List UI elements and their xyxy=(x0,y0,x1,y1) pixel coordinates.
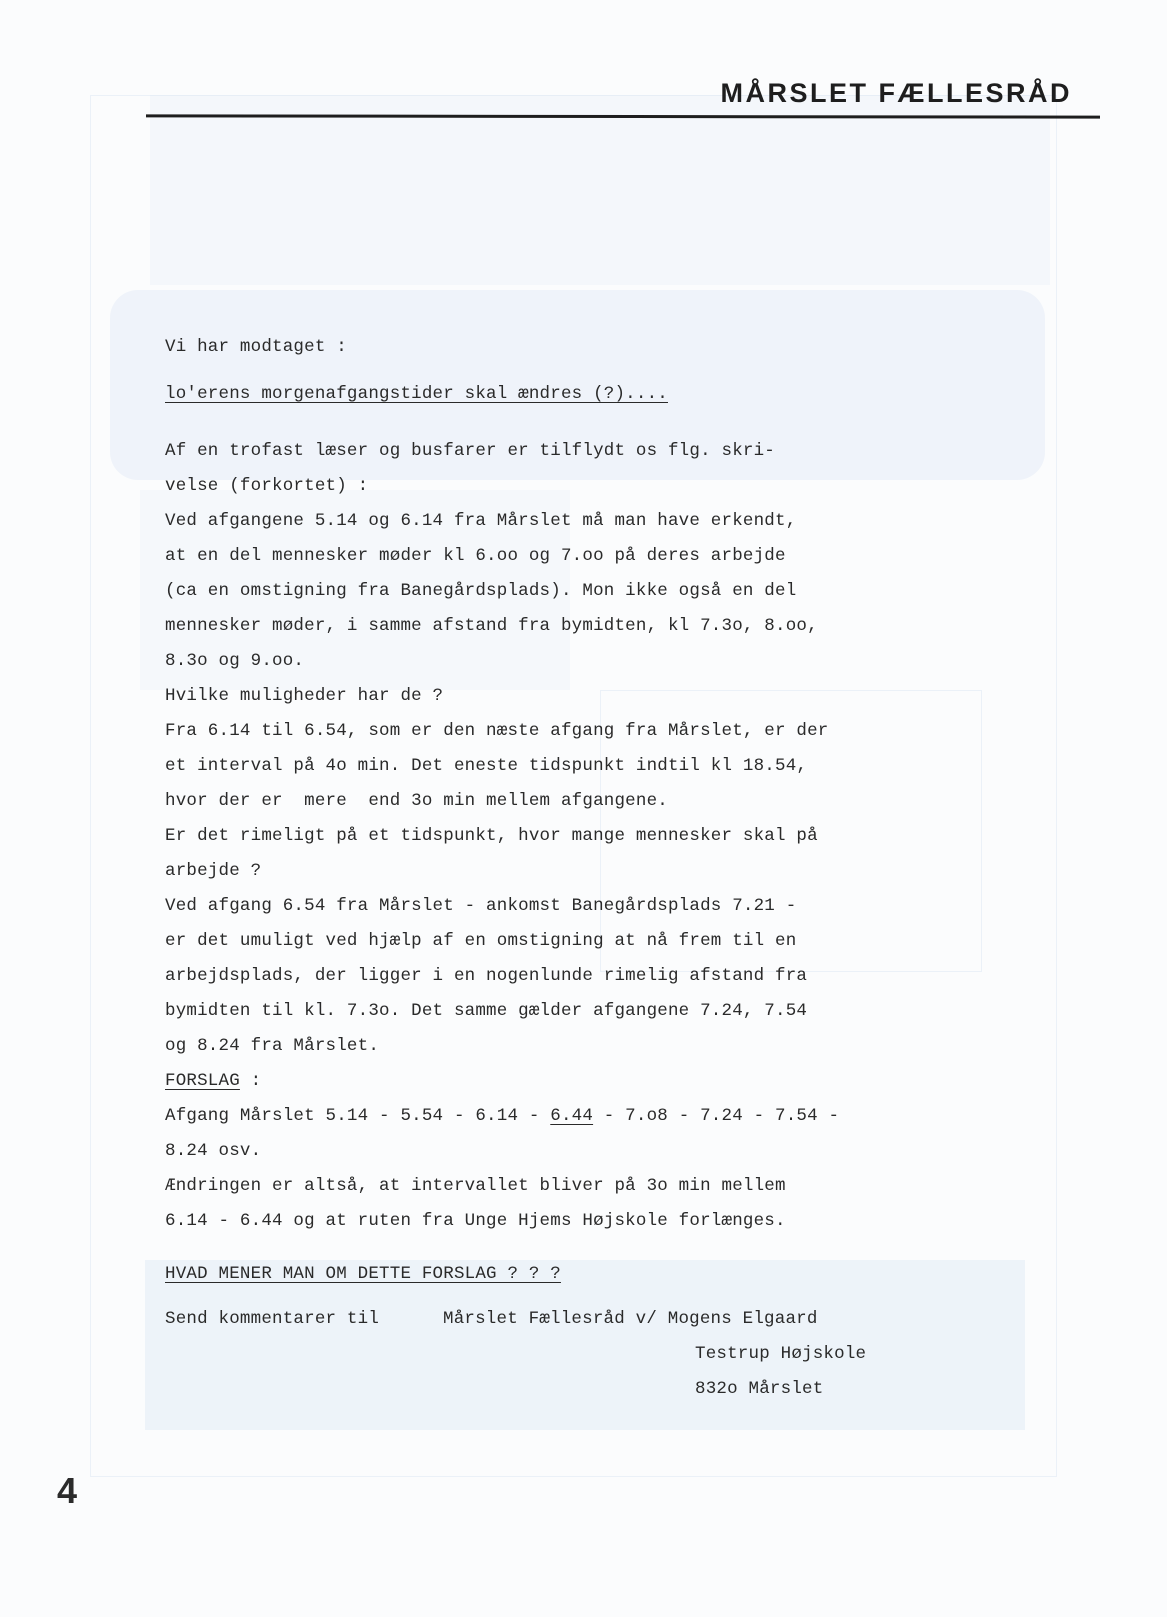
paragraph-line: arbejdsplads, der ligger i en nogenlunde… xyxy=(165,959,945,994)
paragraph-line: hvor der er mere end 3o min mellem afgan… xyxy=(165,784,945,819)
recipient-line-2: Testrup Højskole xyxy=(165,1337,945,1372)
paragraph-line: at en del mennesker møder kl 6.oo og 7.o… xyxy=(165,539,945,574)
paragraph-line: (ca en omstigning fra Banegårdsplads). M… xyxy=(165,574,945,609)
spacer xyxy=(165,1239,945,1257)
paragraph-line: Af en trofast læser og busfarer er tilfl… xyxy=(165,434,945,469)
article-headline: lo'erens morgenafgangstider skal ændres … xyxy=(165,377,945,412)
recipient-line-3: 832o Mårslet xyxy=(165,1372,945,1407)
paragraph-line: velse (forkortet) : xyxy=(165,469,945,504)
paragraph-line: bymidten til kl. 7.3o. Det samme gælder … xyxy=(165,994,945,1029)
paragraph-line: Er det rimeligt på et tidspunkt, hvor ma… xyxy=(165,819,945,854)
paragraph-line: Ved afgang 6.54 fra Mårslet - ankomst Ba… xyxy=(165,889,945,924)
paragraph-line: mennesker møder, i samme afstand fra bym… xyxy=(165,609,945,644)
send-label: Send kommentarer til xyxy=(165,1302,443,1337)
article-paragraph: Af en trofast læser og busfarer er tilfl… xyxy=(165,434,945,1064)
page-number: 4 xyxy=(57,1470,77,1512)
paragraph-line: Ved afgangene 5.14 og 6.14 fra Mårslet m… xyxy=(165,504,945,539)
proposal-label-suffix: : xyxy=(240,1071,261,1091)
paragraph-line: er det umuligt ved hjælp af en omstignin… xyxy=(165,924,945,959)
proposal-new-time: 6.44 xyxy=(550,1106,593,1126)
proposal-times-suffix: - 7.o8 - 7.24 - 7.54 - xyxy=(593,1106,839,1126)
article-intro: Vi har modtaget : xyxy=(165,330,945,365)
paragraph-line: arbejde ? xyxy=(165,854,945,889)
question-heading: HVAD MENER MAN OM DETTE FORSLAG ? ? ? xyxy=(165,1257,945,1292)
send-line: Send kommentarer til Mårslet Fællesråd v… xyxy=(165,1302,945,1337)
paragraph-line: Fra 6.14 til 6.54, som er den næste afga… xyxy=(165,714,945,749)
proposal-times-prefix: Afgang Mårslet 5.14 - 5.54 - 6.14 - xyxy=(165,1106,550,1126)
change-line-2: 6.14 - 6.44 og at ruten fra Unge Hjems H… xyxy=(165,1204,945,1239)
proposal-line-1: Afgang Mårslet 5.14 - 5.54 - 6.14 - 6.44… xyxy=(165,1099,945,1134)
article-body: Vi har modtaget : lo'erens morgenafgangs… xyxy=(165,330,945,1407)
paragraph-line: 8.3o og 9.oo. xyxy=(165,644,945,679)
proposal-line-2: 8.24 osv. xyxy=(165,1134,945,1169)
proposal-heading: FORSLAG : xyxy=(165,1064,945,1099)
paragraph-line: og 8.24 fra Mårslet. xyxy=(165,1029,945,1064)
spacer xyxy=(165,412,945,434)
recipient-line-1: Mårslet Fællesråd v/ Mogens Elgaard xyxy=(443,1302,818,1337)
spacer xyxy=(165,1292,945,1302)
proposal-label: FORSLAG xyxy=(165,1071,240,1091)
paragraph-line: Hvilke muligheder har de ? xyxy=(165,679,945,714)
paragraph-line: et interval på 4o min. Det eneste tidspu… xyxy=(165,749,945,784)
change-line-1: Ændringen er altså, at intervallet blive… xyxy=(165,1169,945,1204)
publication-title: MÅRSLET FÆLLESRÅD xyxy=(721,78,1072,109)
